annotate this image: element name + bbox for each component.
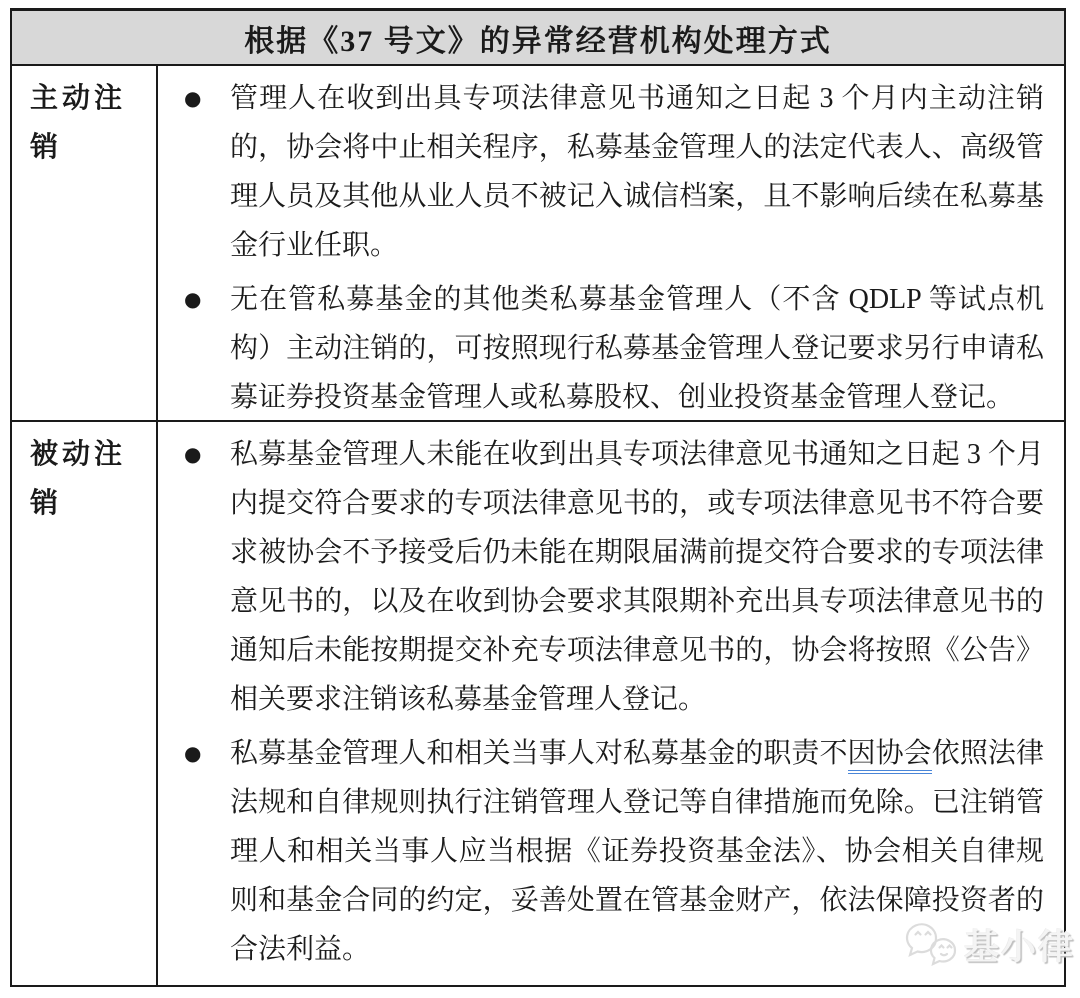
bullet-icon: ● (184, 275, 230, 324)
bullet-icon: ● (184, 729, 230, 778)
list-item: ● 私募基金管理人和相关当事人对私募基金的职责不因协会依照法律法规和自律规则执行… (184, 729, 1044, 974)
table-row-active-deregistration: 主动注销 ● 管理人在收到出具专项法律意见书通知之日起 3 个月内主动注销的，协… (12, 66, 1064, 422)
text-segment: 无在管私募基金的其他类私募基金管理人（不含 QDLP 等试点机构）主动注销的，可… (230, 284, 1044, 413)
bullet-text: 管理人在收到出具专项法律意见书通知之日起 3 个月内主动注销的，协会将中止相关程… (230, 74, 1044, 270)
row-content: ● 私募基金管理人未能在收到出具专项法律意见书通知之日起 3 个月内提交符合要求… (158, 422, 1064, 985)
list-item: ● 私募基金管理人未能在收到出具专项法律意见书通知之日起 3 个月内提交符合要求… (184, 430, 1044, 724)
bullet-text: 私募基金管理人未能在收到出具专项法律意见书通知之日起 3 个月内提交符合要求的专… (230, 430, 1044, 724)
bullet-icon: ● (184, 74, 230, 123)
text-segment: 私募基金管理人和相关当事人对私募基金的职责不 (230, 738, 848, 769)
row-content: ● 管理人在收到出具专项法律意见书通知之日起 3 个月内主动注销的，协会将中止相… (158, 66, 1064, 420)
row-label-active-deregistration: 主动注销 (12, 66, 158, 420)
table-row-passive-deregistration: 被动注销 ● 私募基金管理人未能在收到出具专项法律意见书通知之日起 3 个月内提… (12, 422, 1064, 985)
bullet-text: 无在管私募基金的其他类私募基金管理人（不含 QDLP 等试点机构）主动注销的，可… (230, 275, 1044, 422)
list-item: ● 无在管私募基金的其他类私募基金管理人（不含 QDLP 等试点机构）主动注销的… (184, 275, 1044, 422)
row-label-passive-deregistration: 被动注销 (12, 422, 158, 985)
list-item: ● 管理人在收到出具专项法律意见书通知之日起 3 个月内主动注销的，协会将中止相… (184, 74, 1044, 270)
regulation-table: 根据《37 号文》的异常经营机构处理方式 主动注销 ● 管理人在收到出具专项法律… (10, 8, 1066, 987)
bullet-icon: ● (184, 430, 230, 479)
text-segment: 私募基金管理人未能在收到出具专项法律意见书通知之日起 3 个月内提交符合要求的专… (230, 439, 1044, 715)
text-segment: 管理人在收到出具专项法律意见书通知之日起 3 个月内主动注销的，协会将中止相关程… (230, 83, 1044, 261)
bullet-text: 私募基金管理人和相关当事人对私募基金的职责不因协会依照法律法规和自律规则执行注销… (230, 729, 1044, 974)
table-title: 根据《37 号文》的异常经营机构处理方式 (12, 11, 1064, 66)
document-page: 根据《37 号文》的异常经营机构处理方式 主动注销 ● 管理人在收到出具专项法律… (0, 0, 1080, 998)
grammar-check-underlined-text: 因协会 (848, 738, 932, 774)
